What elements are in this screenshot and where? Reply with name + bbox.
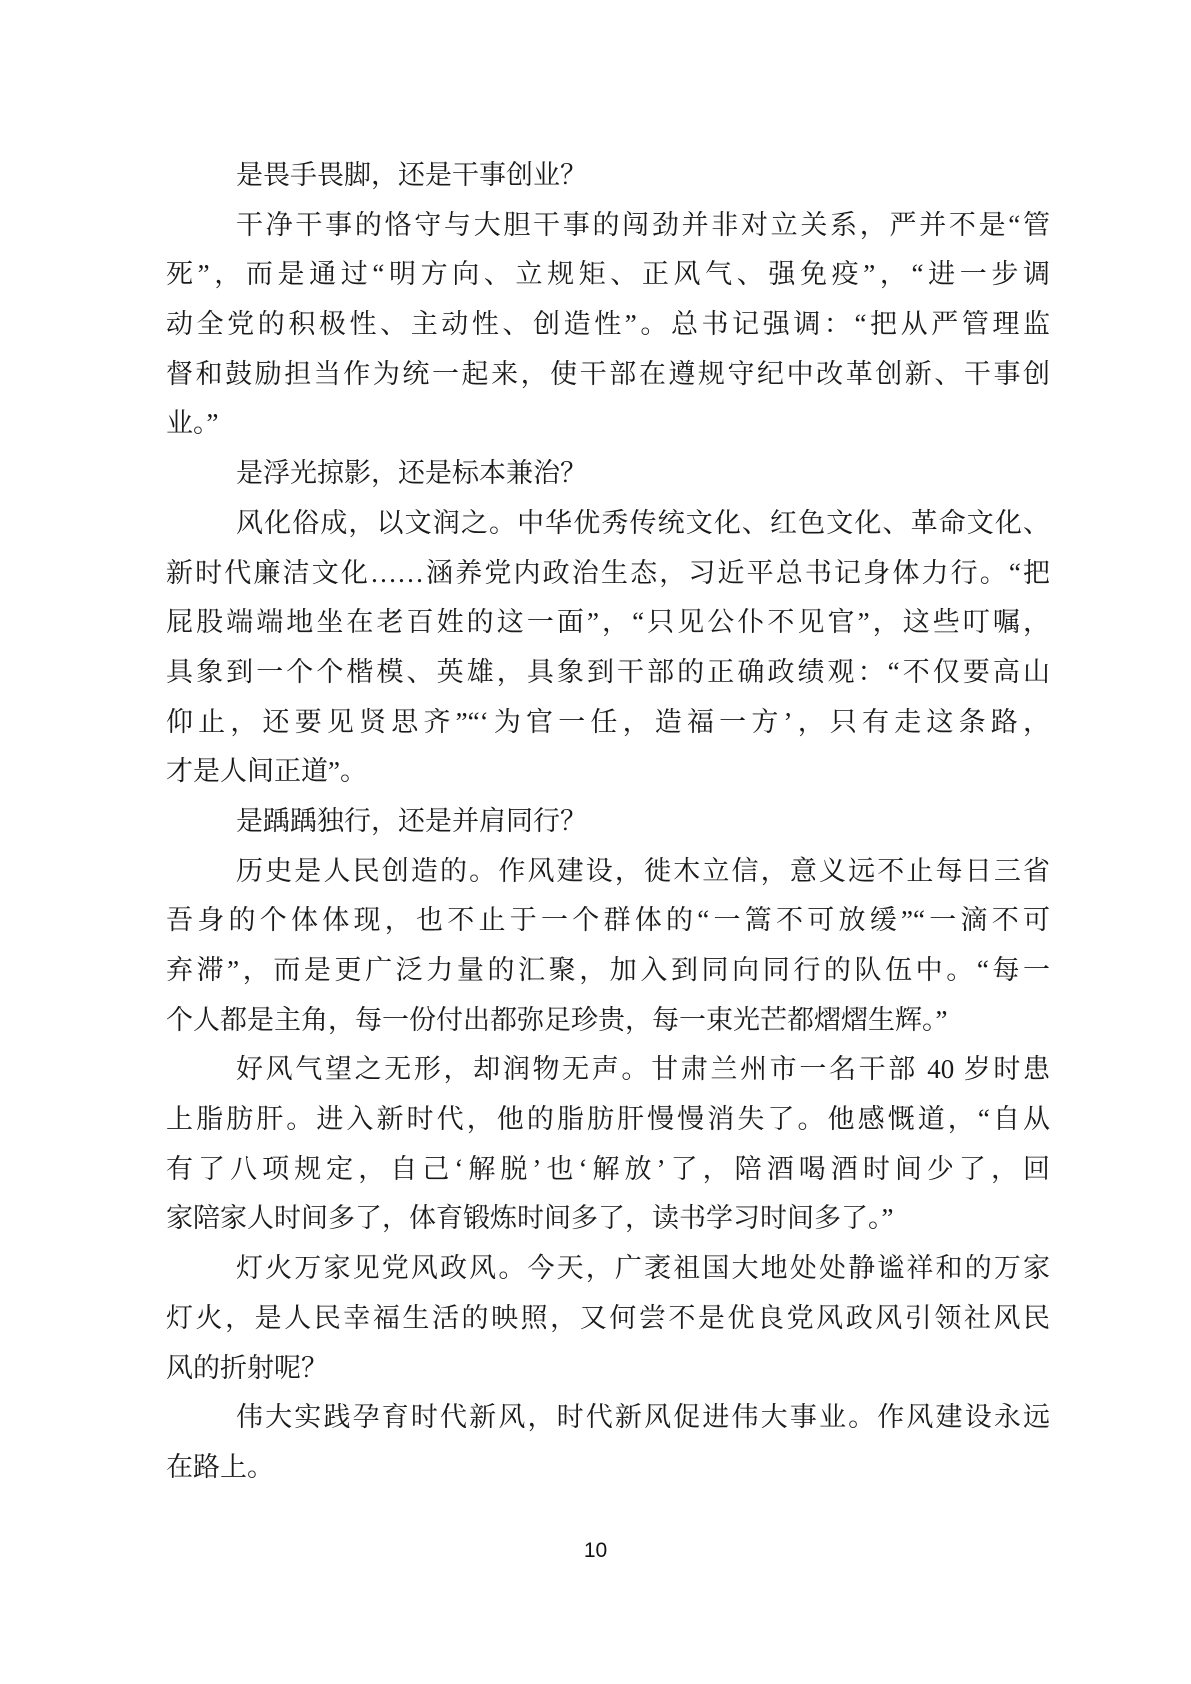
text-line: 灯火，是人民幸福生活的映照，又何尝不是优良党风政风引领社风民 [166,1294,1050,1344]
text-line: 家陪家人时间多了，体育锻炼时间多了，读书学习时间多了。” [166,1194,1050,1244]
page-number: 10 [0,1538,1191,1564]
text-line: 弃滞”，而是更广泛力量的汇聚，加入到同向同行的队伍中。“每一 [166,946,1050,996]
paragraph: 是浮光掠影，还是标本兼治？ [166,449,1050,499]
paragraph: 历史是人民创造的。作风建设，徙木立信，意义远不止每日三省吾身的个体体现，也不止于… [166,847,1050,1046]
text-line: 具象到一个个楷模、英雄，具象到干部的正确政绩观：“不仅要高山 [166,648,1050,698]
text-line: 屁股端端地坐在老百姓的这一面”，“只见公仆不见官”，这些叮嘱， [166,598,1050,648]
text-line: 伟大实践孕育时代新风，时代新风促进伟大事业。作风建设永远 [166,1393,1050,1443]
text-line: 风化俗成，以文润之。中华优秀传统文化、红色文化、革命文化、 [166,499,1050,549]
paragraph: 是畏手畏脚，还是干事创业？ [166,151,1050,201]
text-line: 个人都是主角，每一份付出都弥足珍贵，每一束光芒都熠熠生辉。” [166,996,1050,1046]
text-line: 是踽踽独行，还是并肩同行？ [166,797,1050,847]
text-line: 业。” [166,399,1050,449]
text-line: 督和鼓励担当作为统一起来，使干部在遵规守纪中改革创新、干事创 [166,350,1050,400]
text-line: 好风气望之无形，却润物无声。甘肃兰州市一名干部 40 岁时患 [166,1045,1050,1095]
paragraph: 好风气望之无形，却润物无声。甘肃兰州市一名干部 40 岁时患上脂肪肝。进入新时代… [166,1045,1050,1244]
text-line: 灯火万家见党风政风。今天，广袤祖国大地处处静谧祥和的万家 [166,1244,1050,1294]
text-line: 上脂肪肝。进入新时代，他的脂肪肝慢慢消失了。他感慨道，“自从 [166,1095,1050,1145]
paragraph: 是踽踽独行，还是并肩同行？ [166,797,1050,847]
text-line: 是畏手畏脚，还是干事创业？ [166,151,1050,201]
paragraph: 灯火万家见党风政风。今天，广袤祖国大地处处静谧祥和的万家灯火，是人民幸福生活的映… [166,1244,1050,1393]
text-line: 风的折射呢？ [166,1344,1050,1394]
text-line: 是浮光掠影，还是标本兼治？ [166,449,1050,499]
document-page: 是畏手畏脚，还是干事创业？干净干事的恪守与大胆干事的闯劲并非对立关系，严并不是“… [0,0,1191,1684]
text-line: 干净干事的恪守与大胆干事的闯劲并非对立关系，严并不是“管 [166,201,1050,251]
document-body: 是畏手畏脚，还是干事创业？干净干事的恪守与大胆干事的闯劲并非对立关系，严并不是“… [166,151,1050,1493]
paragraph: 伟大实践孕育时代新风，时代新风促进伟大事业。作风建设永远在路上。 [166,1393,1050,1492]
text-line: 在路上。 [166,1443,1050,1493]
text-line: 有了八项规定，自己‘解脱’也‘解放’了，陪酒喝酒时间少了，回 [166,1145,1050,1195]
text-line: 死”，而是通过“明方向、立规矩、正风气、强免疫”，“进一步调 [166,250,1050,300]
text-line: 新时代廉洁文化……涵养党内政治生态，习近平总书记身体力行。“把 [166,549,1050,599]
paragraph: 干净干事的恪守与大胆干事的闯劲并非对立关系，严并不是“管死”，而是通过“明方向、… [166,201,1050,449]
text-line: 动全党的积极性、主动性、创造性”。总书记强调：“把从严管理监 [166,300,1050,350]
text-line: 才是人间正道”。 [166,747,1050,797]
text-line: 历史是人民创造的。作风建设，徙木立信，意义远不止每日三省 [166,847,1050,897]
paragraph: 风化俗成，以文润之。中华优秀传统文化、红色文化、革命文化、新时代廉洁文化……涵养… [166,499,1050,797]
text-line: 仰止，还要见贤思齐”“‘为官一任，造福一方’，只有走这条路， [166,698,1050,748]
text-line: 吾身的个体体现，也不止于一个群体的“一篙不可放缓”“一滴不可 [166,896,1050,946]
